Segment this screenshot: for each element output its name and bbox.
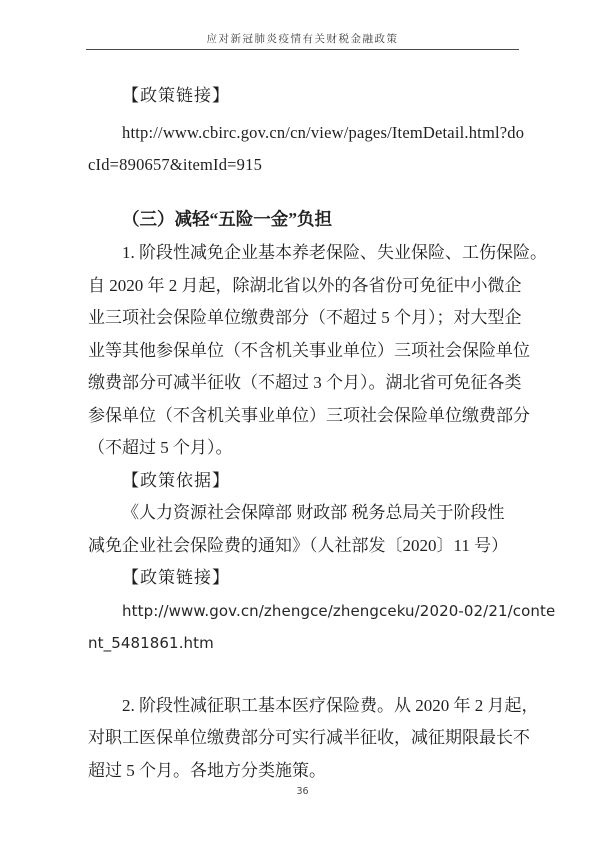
document-page: 应对新冠肺炎疫情有关财税金融政策 【政策链接】 http://www.cbirc… (0, 0, 605, 861)
paragraph-1-line-3: 业三项社会保险单位缴费部分（不超过 5 个月）；对大型企 (88, 302, 526, 335)
paragraph-1-line-6: 参保单位（不含机关事业单位）三项社会保险单位缴费部分 (88, 400, 526, 433)
header-rule (86, 49, 519, 50)
policy-link-url-2-line-2: nt_5481861.htm (88, 627, 526, 660)
paragraph-1-line-5: 缴费部分可减半征收（不超过 3 个月）。湖北省可免征各类 (88, 367, 526, 400)
paragraph-1-line-7: （不超过 5 个月）。 (88, 432, 526, 465)
policy-basis-line-2: 减免企业社会保险费的通知》（人社部发〔2020〕11 号） (88, 530, 526, 563)
paragraph-1-line-1: 1. 阶段性减免企业基本养老保险、失业保险、工伤保险。 (88, 237, 526, 270)
policy-link-label-2: 【政策链接】 (88, 562, 526, 595)
paragraph-1-line-4: 业等其他参保单位（不含机关事业单位）三项社会保险单位 (88, 335, 526, 368)
policy-link-url-1-line-1: http://www.cbirc.gov.cn/cn/view/pages/It… (88, 117, 526, 150)
page-number: 36 (0, 786, 605, 797)
policy-basis-label: 【政策依据】 (88, 465, 526, 498)
running-header-title: 应对新冠肺炎疫情有关财税金融政策 (0, 31, 605, 46)
policy-link-url-1-line-2: cId=890657&itemId=915 (88, 149, 526, 182)
policy-basis-line-1: 《人力资源社会保障部 财政部 税务总局关于阶段性 (88, 497, 526, 530)
section-heading: （三）减轻“五险一金”负担 (88, 202, 526, 238)
paragraph-2-line-1: 2. 阶段性减征职工基本医疗保险费。从 2020 年 2 月起， (88, 690, 526, 723)
page-body: 【政策链接】 http://www.cbirc.gov.cn/cn/view/p… (88, 80, 526, 787)
paragraph-1-line-2: 自 2020 年 2 月起，除湖北省以外的各省份可免征中小微企 (88, 270, 526, 303)
policy-link-label-1: 【政策链接】 (88, 80, 526, 113)
policy-link-url-2-line-1: http://www.gov.cn/zhengce/zhengceku/2020… (88, 595, 526, 628)
paragraph-2-line-2: 对职工医保单位缴费部分可实行减半征收，减征期限最长不 (88, 722, 526, 755)
paragraph-2-line-3: 超过 5 个月。各地方分类施策。 (88, 755, 526, 788)
